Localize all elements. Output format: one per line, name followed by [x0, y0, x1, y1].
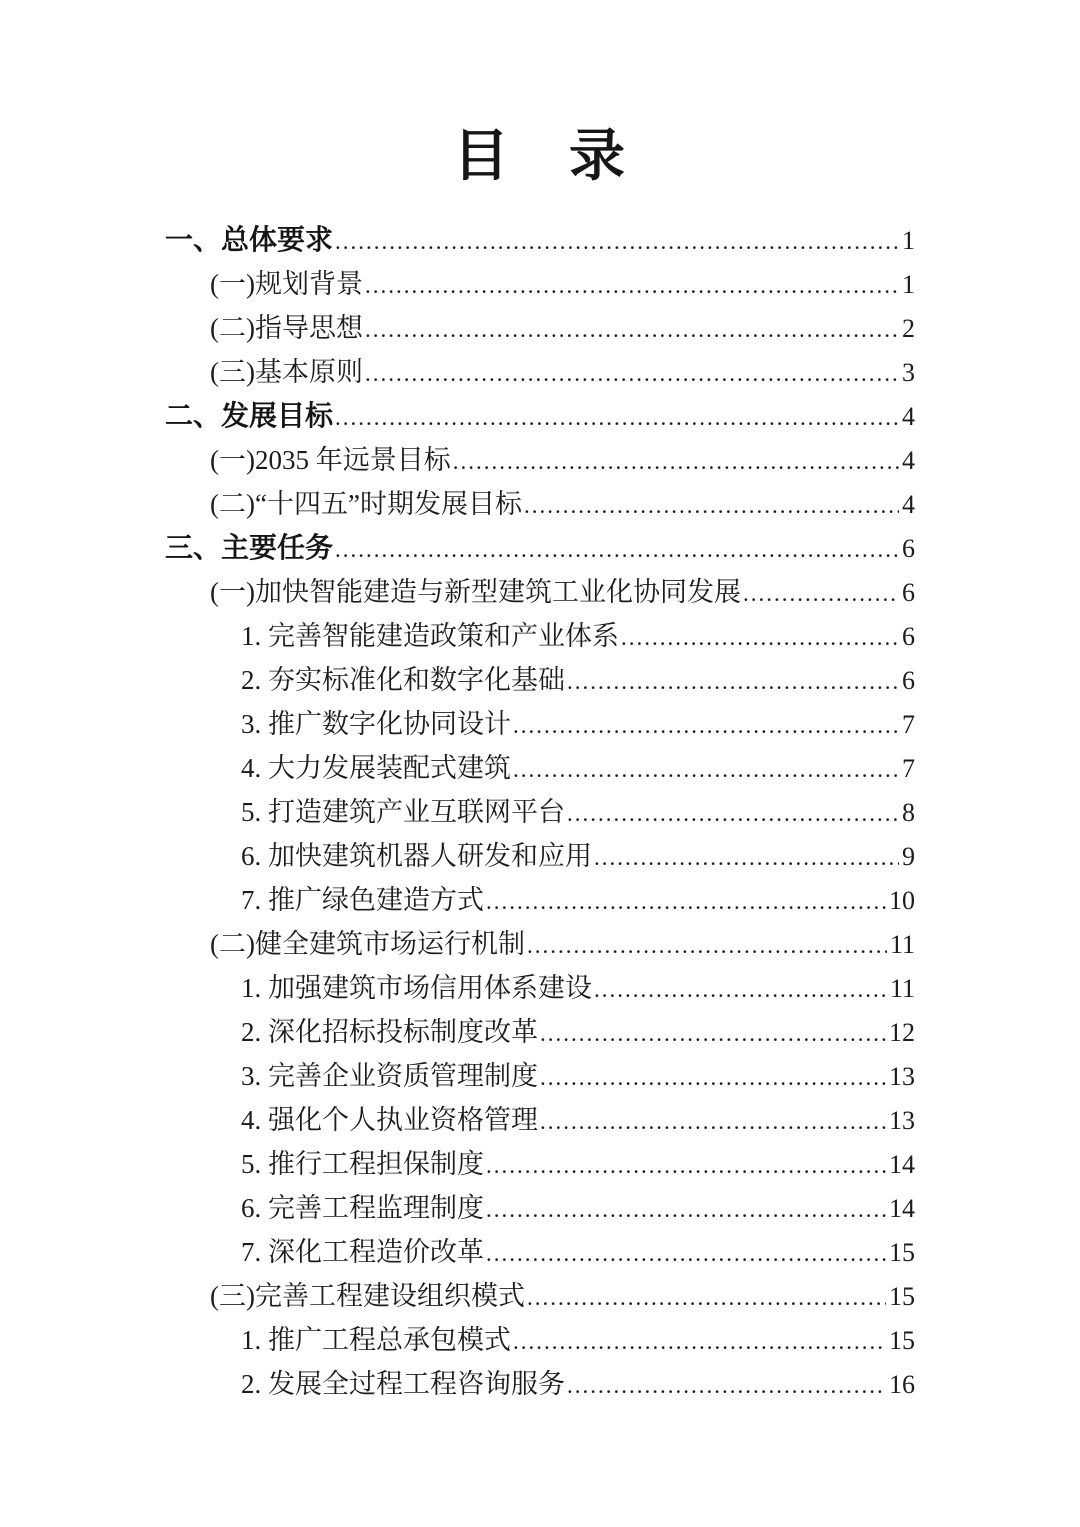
toc-entry-label: 3. 推广数字化协同设计: [241, 702, 511, 746]
toc-entry-page: 12: [889, 1011, 915, 1055]
document-page: 目 录 一、总体要求..............................…: [0, 0, 1080, 1527]
dot-leader: ........................................…: [365, 264, 899, 308]
toc-entry: (二)健全建筑市场运行机制...........................…: [165, 922, 915, 966]
dot-leader: ........................................…: [527, 1276, 886, 1320]
toc-entry: (三)完善工程建设组织模式...........................…: [165, 1274, 915, 1318]
toc-entry-label: 三、主要任务: [165, 526, 333, 570]
dot-leader: ........................................…: [621, 616, 899, 660]
dot-leader: ........................................…: [365, 308, 899, 352]
toc-entry-label: 1. 推广工程总承包模式: [241, 1318, 511, 1362]
toc-entry: (一)2035 年远景目标...........................…: [165, 438, 915, 482]
toc-entry: 5. 打造建筑产业互联网平台..........................…: [165, 790, 915, 834]
toc-entry-label: 2. 发展全过程工程咨询服务: [241, 1362, 565, 1406]
toc-entry: 3. 完善企业资质管理制度...........................…: [165, 1054, 915, 1098]
toc-entry-page: 1: [902, 263, 915, 307]
toc-entry: (二)“十四五”时期发展目标..........................…: [165, 482, 915, 526]
toc-entry: (二)指导思想.................................…: [165, 306, 915, 350]
toc-entry: (一)规划背景.................................…: [165, 262, 915, 306]
toc-entry: 6. 加快建筑机器人研发和应用.........................…: [165, 834, 915, 878]
toc-entry-page: 2: [902, 307, 915, 351]
toc-entry: 一、总体要求..................................…: [165, 218, 915, 262]
toc-entry-label: 7. 推广绿色建造方式: [241, 878, 484, 922]
toc-entry: 4. 强化个人执业资格管理...........................…: [165, 1098, 915, 1142]
toc-entry-page: 15: [889, 1319, 915, 1363]
toc-entry-page: 14: [889, 1143, 915, 1187]
toc-entry: (三)基本原则.................................…: [165, 350, 915, 394]
toc-entry-page: 4: [902, 395, 915, 439]
toc-entry-page: 4: [902, 483, 915, 527]
toc-entry: 二、发展目标..................................…: [165, 394, 915, 438]
dot-leader: ........................................…: [540, 1056, 886, 1100]
dot-leader: ........................................…: [335, 528, 899, 572]
toc-entry-label: 二、发展目标: [165, 394, 333, 438]
dot-leader: ........................................…: [513, 748, 899, 792]
toc-entry-page: 15: [889, 1275, 915, 1319]
dot-leader: ........................................…: [486, 1232, 886, 1276]
toc-entry: 6. 完善工程监理制度.............................…: [165, 1186, 915, 1230]
toc-entry-label: 6. 完善工程监理制度: [241, 1186, 484, 1230]
dot-leader: ........................................…: [524, 484, 899, 528]
toc-entry-page: 9: [902, 835, 915, 879]
toc-entry: 5. 推行工程担保制度.............................…: [165, 1142, 915, 1186]
toc-entry-page: 6: [902, 659, 915, 703]
dot-leader: ........................................…: [594, 836, 899, 880]
toc-entry: 2. 夯实标准化和数字化基础..........................…: [165, 658, 915, 702]
toc-entry: 1. 加强建筑市场信用体系建设.........................…: [165, 966, 915, 1010]
toc-entry: 4. 大力发展装配式建筑............................…: [165, 746, 915, 790]
toc-entry-label: (二)指导思想: [210, 306, 363, 350]
toc-entry: 1. 完善智能建造政策和产业体系........................…: [165, 614, 915, 658]
toc-entry-label: 2. 深化招标投标制度改革: [241, 1010, 538, 1054]
toc-entry: 2. 深化招标投标制度改革...........................…: [165, 1010, 915, 1054]
toc-entry-page: 13: [889, 1055, 915, 1099]
toc-entry-page: 7: [902, 747, 915, 791]
dot-leader: ........................................…: [486, 880, 886, 924]
toc-entry-label: (三)完善工程建设组织模式: [210, 1274, 525, 1318]
toc-entry-page: 7: [902, 703, 915, 747]
toc-entry: 1. 推广工程总承包模式............................…: [165, 1318, 915, 1362]
toc-entry-label: 1. 加强建筑市场信用体系建设: [241, 966, 592, 1010]
dot-leader: ........................................…: [567, 1364, 886, 1408]
toc-entry-page: 8: [902, 791, 915, 835]
dot-leader: ........................................…: [335, 220, 899, 264]
toc-title: 目 录: [165, 128, 915, 184]
dot-leader: ........................................…: [567, 792, 899, 836]
toc-entry-label: (三)基本原则: [210, 350, 363, 394]
toc-entry-page: 15: [889, 1231, 915, 1275]
toc-entry-label: (一)加快智能建造与新型建筑工业化协同发展: [210, 570, 741, 614]
dot-leader: ........................................…: [486, 1144, 886, 1188]
toc-entry: 三、主要任务..................................…: [165, 526, 915, 570]
dot-leader: ........................................…: [486, 1188, 886, 1232]
dot-leader: ........................................…: [365, 352, 899, 396]
toc-entry-label: 7. 深化工程造价改革: [241, 1230, 484, 1274]
dot-leader: ........................................…: [453, 440, 899, 484]
toc-entry-label: 4. 强化个人执业资格管理: [241, 1098, 538, 1142]
dot-leader: ........................................…: [594, 968, 887, 1012]
toc-entry: 7. 推广绿色建造方式.............................…: [165, 878, 915, 922]
toc-entry-page: 6: [902, 527, 915, 571]
toc-entry: 2. 发展全过程工程咨询服务..........................…: [165, 1362, 915, 1406]
toc-entry-label: 5. 打造建筑产业互联网平台: [241, 790, 565, 834]
dot-leader: ........................................…: [540, 1100, 886, 1144]
toc-entry-label: 2. 夯实标准化和数字化基础: [241, 658, 565, 702]
toc-list: 一、总体要求..................................…: [165, 218, 915, 1406]
toc-entry-page: 16: [889, 1363, 915, 1407]
toc-entry-label: 1. 完善智能建造政策和产业体系: [241, 614, 619, 658]
dot-leader: ........................................…: [567, 660, 899, 704]
toc-entry-label: 4. 大力发展装配式建筑: [241, 746, 511, 790]
toc-entry-page: 4: [902, 439, 915, 483]
toc-entry-page: 10: [889, 879, 915, 923]
toc-entry-page: 1: [902, 219, 915, 263]
toc-entry-page: 11: [890, 967, 915, 1011]
toc-entry-page: 3: [902, 351, 915, 395]
toc-entry-label: (一)规划背景: [210, 262, 363, 306]
toc-entry: (一)加快智能建造与新型建筑工业化协同发展...................…: [165, 570, 915, 614]
toc-entry-label: (二)健全建筑市场运行机制: [210, 922, 525, 966]
toc-entry-page: 11: [890, 923, 915, 967]
toc-entry-page: 6: [902, 571, 915, 615]
toc-entry-label: 6. 加快建筑机器人研发和应用: [241, 834, 592, 878]
toc-entry: 7. 深化工程造价改革.............................…: [165, 1230, 915, 1274]
dot-leader: ........................................…: [743, 572, 899, 616]
toc-entry-label: (二)“十四五”时期发展目标: [210, 482, 522, 526]
dot-leader: ........................................…: [513, 1320, 886, 1364]
toc-entry-page: 13: [889, 1099, 915, 1143]
dot-leader: ........................................…: [540, 1012, 886, 1056]
toc-entry-label: 5. 推行工程担保制度: [241, 1142, 484, 1186]
toc-entry: 3. 推广数字化协同设计............................…: [165, 702, 915, 746]
toc-entry-label: 3. 完善企业资质管理制度: [241, 1054, 538, 1098]
toc-entry-label: 一、总体要求: [165, 218, 333, 262]
toc-entry-page: 6: [902, 615, 915, 659]
dot-leader: ........................................…: [513, 704, 899, 748]
toc-entry-page: 14: [889, 1187, 915, 1231]
dot-leader: ........................................…: [335, 396, 899, 440]
dot-leader: ........................................…: [527, 924, 887, 968]
toc-entry-label: (一)2035 年远景目标: [210, 438, 451, 482]
